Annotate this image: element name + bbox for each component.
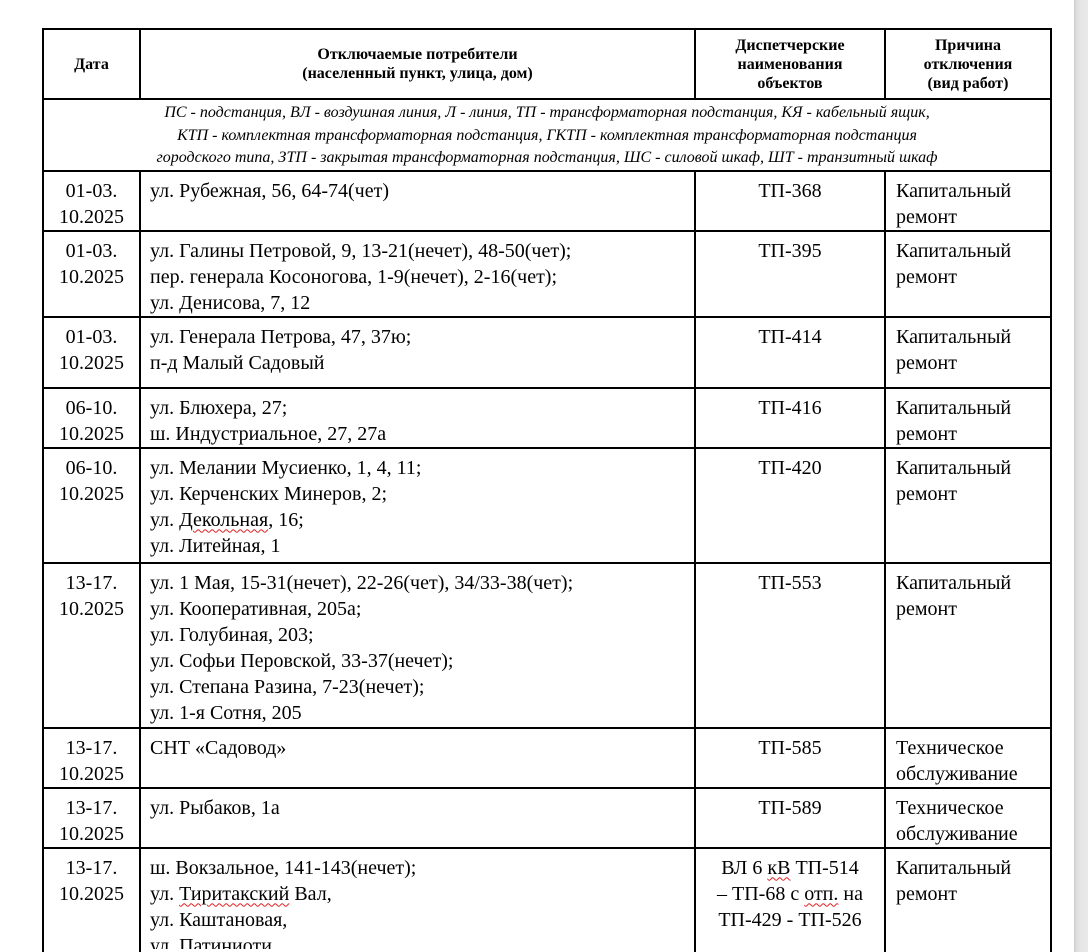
table-row: 06-10.10.2025ул. Мелании Мусиенко, 1, 4,… <box>43 448 1051 563</box>
header-row: Дата Отключаемые потребители (населенный… <box>43 29 1051 99</box>
cell-text-line: 13-17. <box>44 735 139 761</box>
cell-text-line: ул. Патиниоти <box>150 933 694 949</box>
spellcheck-underline: Патиниоти <box>179 935 272 949</box>
table-row: 01-03.10.2025ул. Генерала Петрова, 47, 3… <box>43 317 1051 388</box>
cell-text-line: ш. Вокзальное, 141-143(нечет); <box>150 855 694 881</box>
consumers-cell: ул. Генерала Петрова, 47, 37ю;п-д Малый … <box>140 317 695 388</box>
reason-cell: Капитальныйремонт <box>885 563 1051 728</box>
cell-text-line: ул. Керченских Минеров, 2; <box>150 481 694 507</box>
cell-text-line: ремонт <box>896 421 1050 447</box>
cell-text-line: ремонт <box>896 264 1050 290</box>
table-row: 13-17.10.2025ул. Рыбаков, 1аТП-589Технич… <box>43 788 1051 848</box>
cell-text-line: ул. Кооперативная, 205а; <box>150 596 694 622</box>
cell-text-line: ул. Рубежная, 56, 64-74(чет) <box>150 178 694 204</box>
cell-text-line: ТП-589 <box>696 795 884 821</box>
abbreviations-legend: ПС - подстанция, ВЛ - воздушная линия, Л… <box>43 99 1051 171</box>
cell-text-line: ТП-420 <box>696 455 884 481</box>
table-row: 06-10.10.2025ул. Блюхера, 27;ш. Индустри… <box>43 388 1051 448</box>
cell-text-line: ул. Декольная, 16; <box>150 507 694 533</box>
document-page: Дата Отключаемые потребители (населенный… <box>0 0 1074 952</box>
reason-cell: Капитальныйремонт <box>885 231 1051 317</box>
cell-text-line: ул. Степана Разина, 7-23(нечет); <box>150 674 694 700</box>
table-row: 13-17.10.2025ул. 1 Мая, 15-31(нечет), 22… <box>43 563 1051 728</box>
reason-cell: Капитальныйремонт <box>885 317 1051 388</box>
cell-text-line: Техническое <box>896 735 1050 761</box>
cell-text-line: ремонт <box>896 881 1050 907</box>
cell-text-line: 13-17. <box>44 855 139 881</box>
cell-text-line: ул. Литейная, 1 <box>150 533 694 559</box>
cell-text-line: ремонт <box>896 204 1050 230</box>
cell-text-line: 10.2025 <box>44 596 139 622</box>
cell-text-line: обслуживание <box>896 761 1050 787</box>
date-cell: 06-10.10.2025 <box>43 388 140 448</box>
cell-text-line: ул. Галины Петровой, 9, 13-21(нечет), 48… <box>150 238 694 264</box>
table-row: 01-03.10.2025ул. Галины Петровой, 9, 13-… <box>43 231 1051 317</box>
header-reason: Причина отключения (вид работ) <box>885 29 1051 99</box>
cell-text-line: обслуживание <box>896 821 1050 847</box>
spellcheck-underline: Тиритакский <box>179 883 289 905</box>
cell-text-line: Капитальный <box>896 455 1050 481</box>
dispatch-object-cell: ТП-368 <box>695 171 885 231</box>
dispatch-object-cell: ТП-553 <box>695 563 885 728</box>
consumers-cell: ул. Мелании Мусиенко, 1, 4, 11;ул. Керче… <box>140 448 695 563</box>
consumers-cell: СНТ «Садовод» <box>140 728 695 788</box>
cell-text-line: 10.2025 <box>44 881 139 907</box>
cell-text-line: пер. генерала Косоногова, 1-9(нечет), 2-… <box>150 264 694 290</box>
cell-text-line: СНТ «Садовод» <box>150 735 694 761</box>
dispatch-object-cell: ТП-395 <box>695 231 885 317</box>
date-cell: 13-17.10.2025 <box>43 728 140 788</box>
date-cell: 01-03.10.2025 <box>43 317 140 388</box>
cell-text-line: ТП-416 <box>696 395 884 421</box>
reason-cell: Капитальныйремонт <box>885 448 1051 563</box>
cell-text-line: 10.2025 <box>44 350 139 376</box>
cell-text-line: 13-17. <box>44 570 139 596</box>
consumers-cell: ул. Рубежная, 56, 64-74(чет) <box>140 171 695 231</box>
consumers-cell: ул. Галины Петровой, 9, 13-21(нечет), 48… <box>140 231 695 317</box>
cell-text-line: 06-10. <box>44 455 139 481</box>
table-row: 13-17.10.2025СНТ «Садовод»ТП-585Техничес… <box>43 728 1051 788</box>
cell-text-line: Капитальный <box>896 238 1050 264</box>
cell-text-line: ТП-553 <box>696 570 884 596</box>
cell-text-line: ТП-395 <box>696 238 884 264</box>
dispatch-object-cell: ТП-416 <box>695 388 885 448</box>
cut-off-text-line <box>0 0 1074 4</box>
dispatch-object-cell: ТП-585 <box>695 728 885 788</box>
spellcheck-underline: кВ <box>767 857 790 879</box>
cell-text-line: ТП-368 <box>696 178 884 204</box>
date-cell: 06-10.10.2025 <box>43 448 140 563</box>
dispatch-object-cell: ТП-414 <box>695 317 885 388</box>
header-objects: Диспетчерские наименования объектов <box>695 29 885 99</box>
reason-cell: Капитальныйремонт <box>885 848 1051 952</box>
cell-text-line: ул. Софьи Перовской, 33-37(нечет); <box>150 648 694 674</box>
cell-text-line: ул. 1 Мая, 15-31(нечет), 22-26(чет), 34/… <box>150 570 694 596</box>
cell-text-line: 10.2025 <box>44 264 139 290</box>
cell-text-line: ТП-414 <box>696 324 884 350</box>
cell-text-line: 06-10. <box>44 395 139 421</box>
date-cell: 13-17.10.2025 <box>43 848 140 952</box>
consumers-cell: ул. Блюхера, 27;ш. Индустриальное, 27, 2… <box>140 388 695 448</box>
cell-text-line: ВЛ 6 кВ ТП-514 <box>696 855 884 881</box>
consumers-cell: ул. Рыбаков, 1а <box>140 788 695 848</box>
cell-text-line: ул. Денисова, 7, 12 <box>150 290 694 316</box>
cell-text-line: ремонт <box>896 596 1050 622</box>
cell-text-line: Капитальный <box>896 178 1050 204</box>
cell-text-line: ул. 1-я Сотня, 205 <box>150 700 694 726</box>
cell-text-line: ТП-585 <box>696 735 884 761</box>
consumers-cell: ул. 1 Мая, 15-31(нечет), 22-26(чет), 34/… <box>140 563 695 728</box>
cell-text-line: 10.2025 <box>44 421 139 447</box>
cell-text-line: ул. Блюхера, 27; <box>150 395 694 421</box>
cell-text-line: 13-17. <box>44 795 139 821</box>
cell-text-line: п-д Малый Садовый <box>150 350 694 376</box>
reason-cell: Техническоеобслуживание <box>885 788 1051 848</box>
cell-text-line: ш. Индустриальное, 27, 27а <box>150 421 694 447</box>
cell-text-line: Капитальный <box>896 570 1050 596</box>
cell-text-line: 01-03. <box>44 324 139 350</box>
cell-text-line: 01-03. <box>44 238 139 264</box>
reason-cell: Капитальныйремонт <box>885 171 1051 231</box>
cell-text-line: ул. Тиритакский Вал, <box>150 881 694 907</box>
cell-text-line: ул. Генерала Петрова, 47, 37ю; <box>150 324 694 350</box>
cell-text-line: Капитальный <box>896 395 1050 421</box>
dispatch-object-cell: ТП-589 <box>695 788 885 848</box>
cell-text-line: Капитальный <box>896 855 1050 881</box>
date-cell: 13-17.10.2025 <box>43 563 140 728</box>
spellcheck-underline: отп. <box>804 883 838 905</box>
legend-row: ПС - подстанция, ВЛ - воздушная линия, Л… <box>43 99 1051 171</box>
cell-text-line: Капитальный <box>896 324 1050 350</box>
cell-text-line: ремонт <box>896 481 1050 507</box>
dispatch-object-cell: ТП-420 <box>695 448 885 563</box>
cell-text-line: 10.2025 <box>44 761 139 787</box>
reason-cell: Капитальныйремонт <box>885 388 1051 448</box>
cell-text-line: 10.2025 <box>44 204 139 230</box>
dispatch-object-cell: ВЛ 6 кВ ТП-514– ТП-68 с отп. наТП-429 - … <box>695 848 885 952</box>
cell-text-line: 10.2025 <box>44 821 139 847</box>
table-row: 13-17.10.2025ш. Вокзальное, 141-143(нече… <box>43 848 1051 952</box>
window-side-gutter <box>1074 0 1088 952</box>
cell-text-line: 10.2025 <box>44 481 139 507</box>
header-consumers: Отключаемые потребители (населенный пунк… <box>140 29 695 99</box>
header-date: Дата <box>43 29 140 99</box>
cell-text-line: 01-03. <box>44 178 139 204</box>
cell-text-line: ул. Рыбаков, 1а <box>150 795 694 821</box>
consumers-cell: ш. Вокзальное, 141-143(нечет);ул. Тирита… <box>140 848 695 952</box>
cell-text-line: ул. Голубиная, 203; <box>150 622 694 648</box>
outage-schedule-table: Дата Отключаемые потребители (населенный… <box>42 28 1052 952</box>
cell-text-line: – ТП-68 с отп. на <box>696 881 884 907</box>
cell-text-line: Техническое <box>896 795 1050 821</box>
table-row: 01-03.10.2025ул. Рубежная, 56, 64-74(чет… <box>43 171 1051 231</box>
date-cell: 01-03.10.2025 <box>43 231 140 317</box>
date-cell: 01-03.10.2025 <box>43 171 140 231</box>
cell-text-line: ул. Мелании Мусиенко, 1, 4, 11; <box>150 455 694 481</box>
date-cell: 13-17.10.2025 <box>43 788 140 848</box>
reason-cell: Техническоеобслуживание <box>885 728 1051 788</box>
cell-text-line: ул. Каштановая, <box>150 907 694 933</box>
spellcheck-underline: Декольная <box>179 509 268 531</box>
cell-text-line: ТП-429 - ТП-526 <box>696 907 884 933</box>
cell-text-line: ремонт <box>896 350 1050 376</box>
